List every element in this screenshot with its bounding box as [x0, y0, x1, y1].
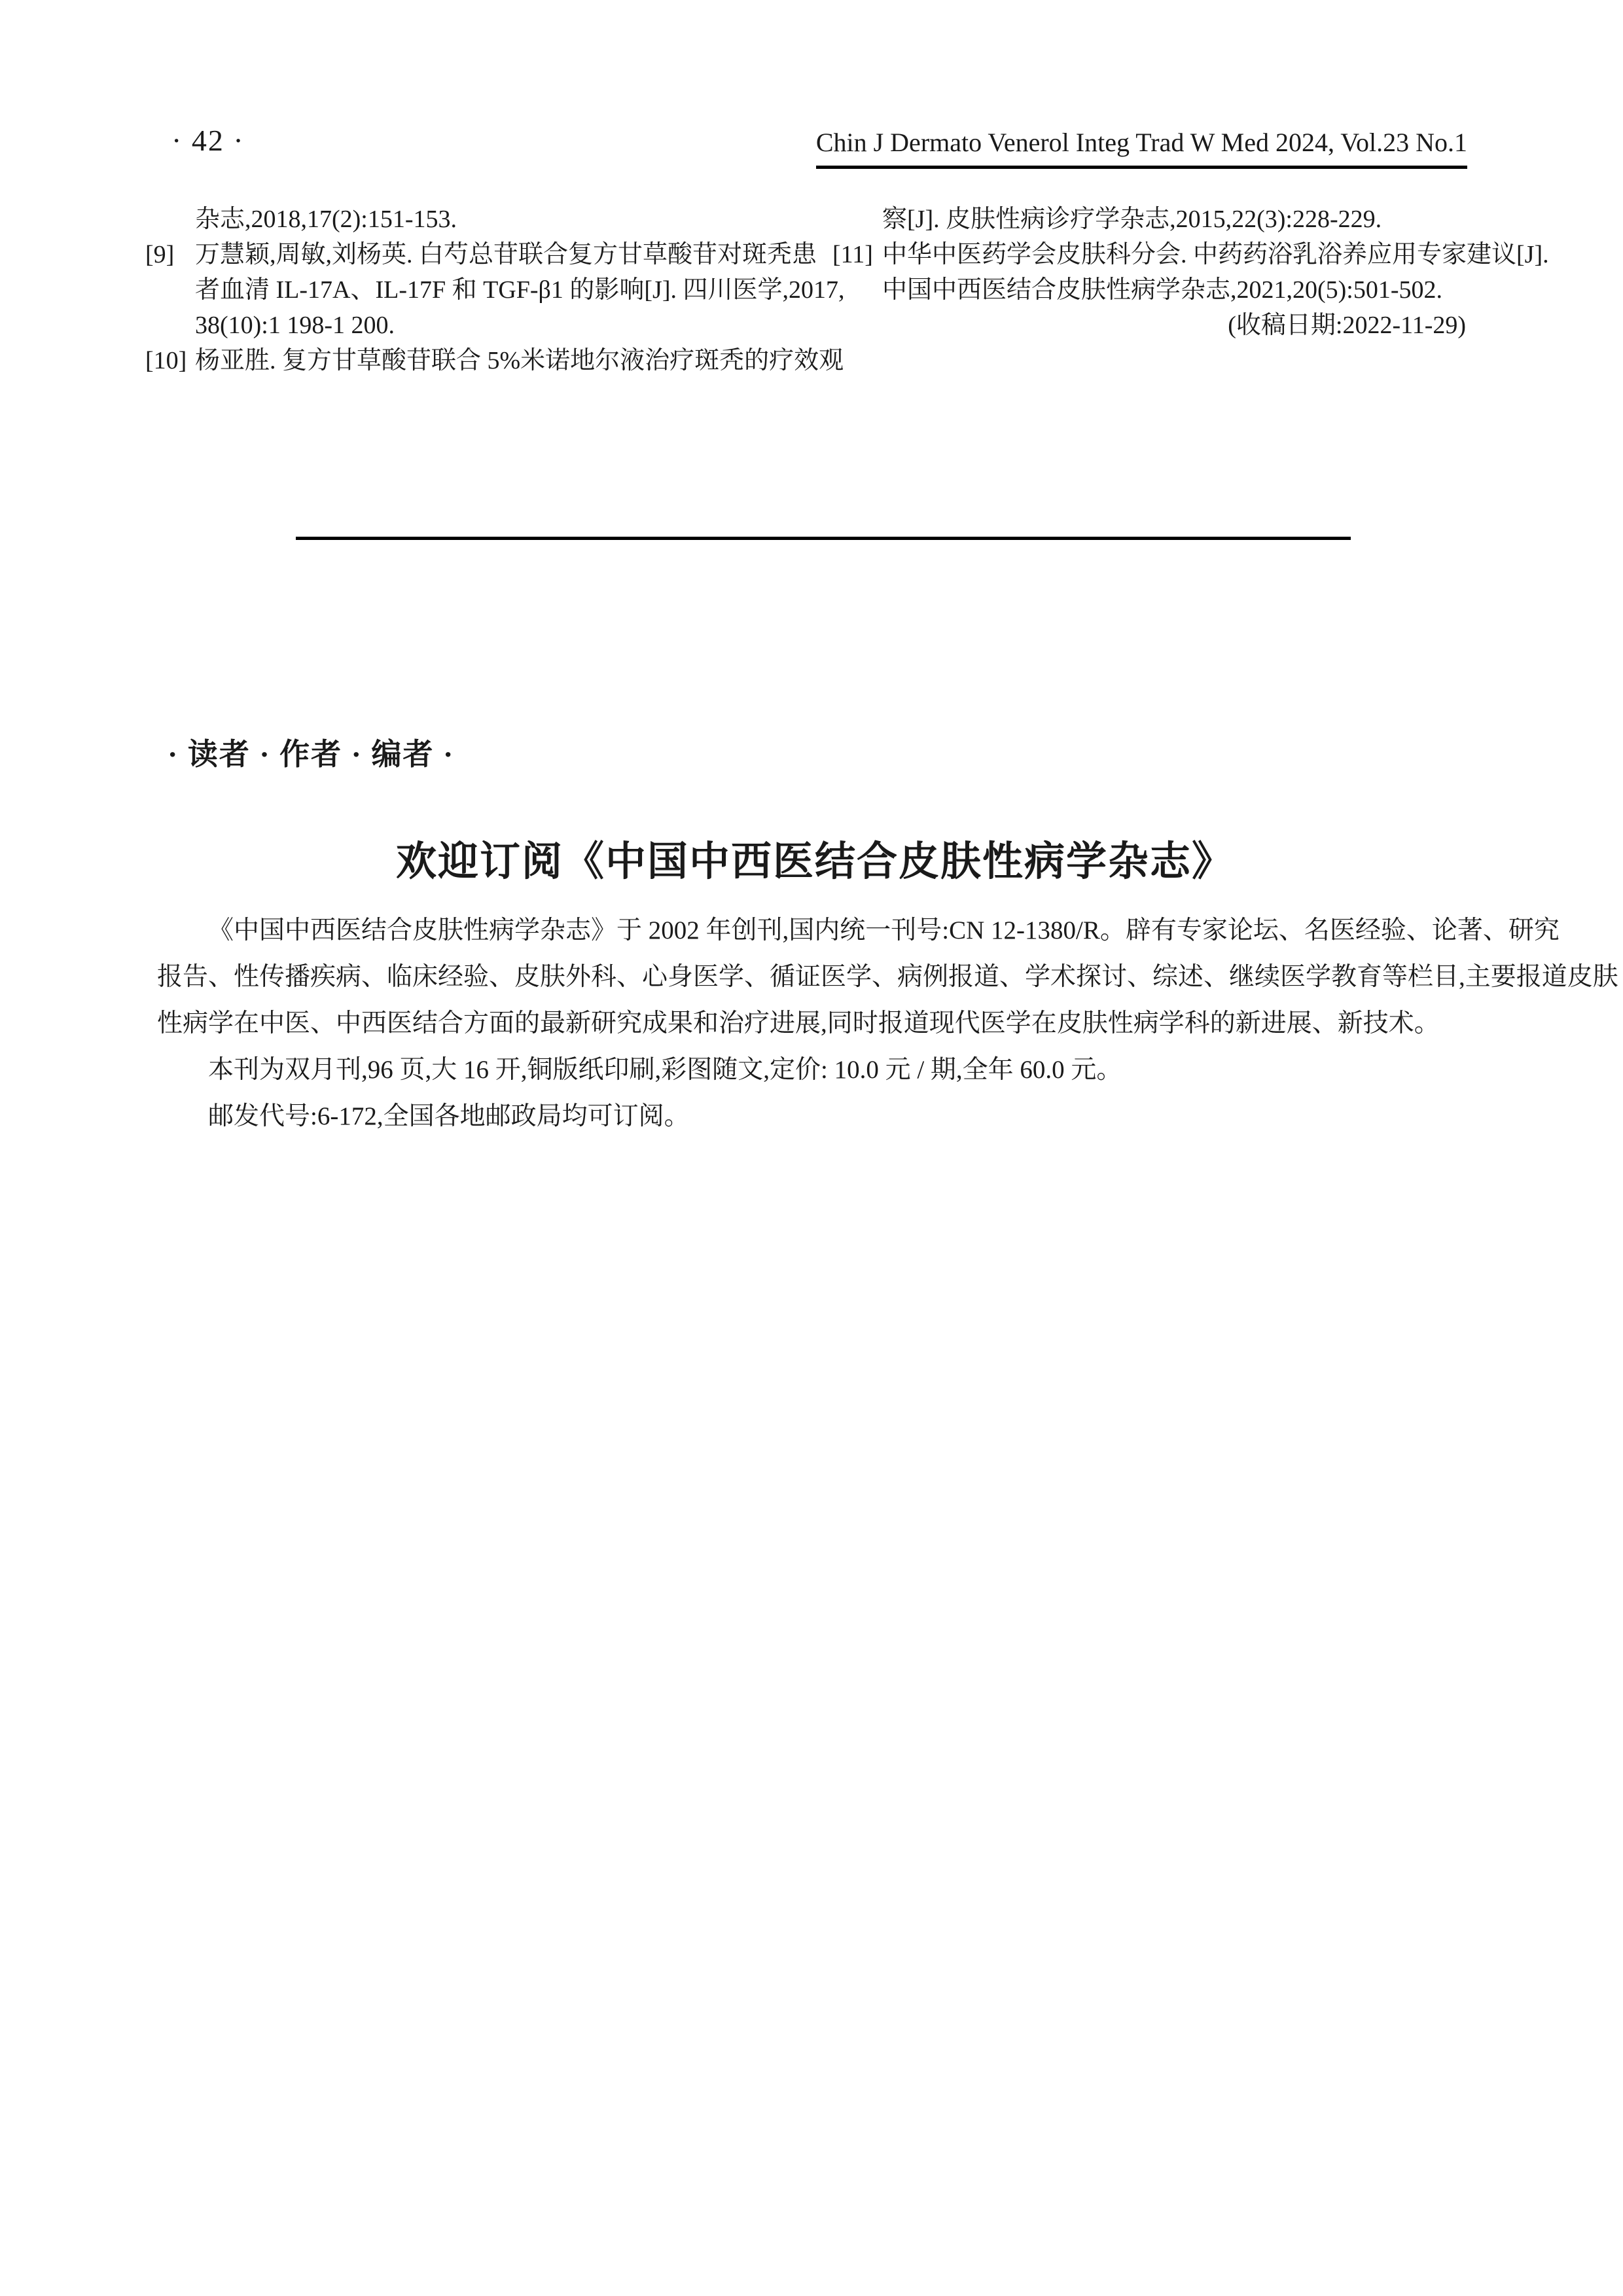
reference-text: 中华中医药学会皮肤科分会. 中药药浴乳浴养应用专家建议[J].中国中西医结合皮肤…	[882, 237, 1466, 308]
paragraph-line: 性病学在中医、中西医结合方面的最新研究成果和治疗进展,同时报道现代医学在皮肤性病…	[157, 1000, 1472, 1047]
reference-line: 者血清 IL-17A、IL-17F 和 TGF-β1 的影响[J]. 四川医学,…	[195, 272, 810, 308]
section-label-readers-authors-editors: · 读者 · 作者 · 编者 ·	[168, 730, 454, 774]
reference-item: 察[J]. 皮肤性病诊疗学杂志,2015,22(3):228-229.	[832, 202, 1466, 237]
paragraph-line: 报告、性传播疾病、临床经验、皮肤外科、心身医学、循证医学、病例报道、学术探讨、综…	[157, 954, 1472, 1000]
references-left-column: 杂志,2018,17(2):151-153.[9]万慧颖,周敏,刘杨英. 白芍总…	[145, 202, 810, 378]
reference-number: [11]	[832, 237, 882, 308]
notice-paragraph: 本刊为双月刊,96 页,大 16 开,铜版纸印刷,彩图随文,定价: 10.0 元…	[157, 1047, 1472, 1093]
reference-number: [9]	[145, 237, 195, 343]
reference-line: 杨亚胜. 复方甘草酸苷联合 5%米诺地尔液治疗斑秃的疗效观	[195, 343, 810, 378]
reference-line: 杂志,2018,17(2):151-153.	[195, 202, 810, 237]
section-divider-rule	[296, 537, 1351, 540]
page-number: · 42 ·	[171, 123, 245, 158]
subscription-notice-paragraphs: 《中国中西医结合皮肤性病学杂志》于 2002 年创刊,国内统一刊号:CN 12-…	[157, 907, 1472, 1139]
reference-number	[145, 202, 195, 237]
paragraph-line: 《中国中西医结合皮肤性病学杂志》于 2002 年创刊,国内统一刊号:CN 12-…	[157, 907, 1472, 954]
reference-item: (收稿日期:2022-11-29)	[832, 308, 1466, 343]
reference-text: 察[J]. 皮肤性病诊疗学杂志,2015,22(3):228-229.	[882, 202, 1466, 237]
reference-text: 杂志,2018,17(2):151-153.	[195, 202, 810, 237]
notice-paragraph: 邮发代号:6-172,全国各地邮政局均可订阅。	[157, 1093, 1472, 1139]
reference-line: 察[J]. 皮肤性病诊疗学杂志,2015,22(3):228-229.	[882, 202, 1466, 237]
reference-number: [10]	[145, 343, 195, 378]
reference-line: 中国中西医结合皮肤性病学杂志,2021,20(5):501-502.	[882, 272, 1466, 308]
reference-text: 万慧颖,周敏,刘杨英. 白芍总苷联合复方甘草酸苷对斑秃患者血清 IL-17A、I…	[195, 237, 810, 343]
references-right-column: 察[J]. 皮肤性病诊疗学杂志,2015,22(3):228-229.[11]中…	[832, 202, 1466, 343]
paragraph-line: 本刊为双月刊,96 页,大 16 开,铜版纸印刷,彩图随文,定价: 10.0 元…	[157, 1047, 1472, 1093]
reference-text: 杨亚胜. 复方甘草酸苷联合 5%米诺地尔液治疗斑秃的疗效观	[195, 343, 810, 378]
paragraph-line: 邮发代号:6-172,全国各地邮政局均可订阅。	[157, 1093, 1472, 1139]
reference-number	[832, 202, 882, 237]
notice-paragraph: 《中国中西医结合皮肤性病学杂志》于 2002 年创刊,国内统一刊号:CN 12-…	[157, 907, 1472, 1047]
reference-item: [9]万慧颖,周敏,刘杨英. 白芍总苷联合复方甘草酸苷对斑秃患者血清 IL-17…	[145, 237, 810, 343]
reference-item: [10]杨亚胜. 复方甘草酸苷联合 5%米诺地尔液治疗斑秃的疗效观	[145, 343, 810, 378]
reference-item: [11]中华中医药学会皮肤科分会. 中药药浴乳浴养应用专家建议[J].中国中西医…	[832, 237, 1466, 308]
reference-item: 杂志,2018,17(2):151-153.	[145, 202, 810, 237]
journal-page: · 42 · Chin J Dermato Venerol Integ Trad…	[0, 0, 1623, 2296]
reference-text: (收稿日期:2022-11-29)	[882, 308, 1466, 343]
subscription-notice-title: 欢迎订阅《中国中西医结合皮肤性病学杂志》	[157, 829, 1472, 887]
reference-line: 38(10):1 198-1 200.	[195, 308, 810, 343]
journal-header: Chin J Dermato Venerol Integ Trad W Med …	[816, 127, 1467, 169]
reference-line: 中华中医药学会皮肤科分会. 中药药浴乳浴养应用专家建议[J].	[882, 237, 1466, 272]
reference-line: (收稿日期:2022-11-29)	[882, 308, 1466, 343]
reference-line: 万慧颖,周敏,刘杨英. 白芍总苷联合复方甘草酸苷对斑秃患	[195, 237, 810, 272]
reference-number	[832, 308, 882, 343]
